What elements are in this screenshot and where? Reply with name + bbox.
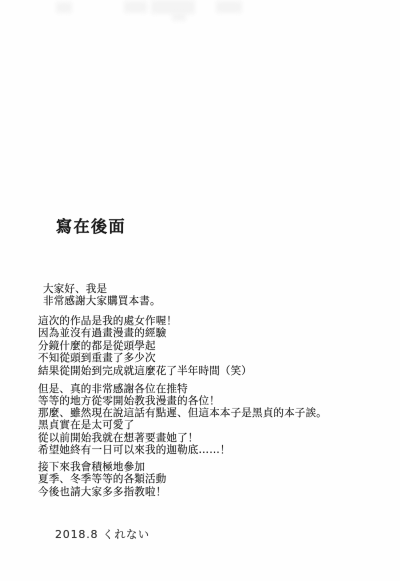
afterword-line: 接下來我會積極地參加 [38, 461, 166, 473]
scan-artifact [216, 1, 242, 13]
afterword-line: 非常感謝大家購買本書。 [43, 295, 161, 307]
scan-artifact [124, 1, 147, 13]
scan-artifact [56, 2, 72, 13]
afterword-paragraph-thanks: 但是、真的非常感謝各位在推特 等等的地方從零開始教我漫畫的各位！ [38, 383, 220, 408]
afterword-line: 黑貞實在是太可愛了 [38, 419, 327, 431]
afterword-line: 分鏡什麼的都是從頭學起 [38, 340, 252, 352]
afterword-page: { "page": { "background_color": "#fefefe… [0, 0, 400, 581]
afterword-line: 結果從開始到完成就這麼花了半年時間（笑） [38, 365, 252, 377]
afterword-paragraph-character: 那麼、雖然現在說這話有點遲、但這本本子是黑貞的本子誒。 黑貞實在是太可愛了 從以… [38, 407, 327, 457]
afterword-line: 不知從頭到重畫了多少次 [38, 352, 252, 364]
afterword-line: 但是、真的非常感謝各位在推特 [38, 383, 220, 395]
afterword-paragraph-greeting: 大家好、我是 非常感謝大家購買本書。 [43, 283, 161, 308]
afterword-line: 因為並沒有過畫漫畫的經驗 [38, 327, 252, 339]
afterword-line: 等等的地方從零開始教我漫畫的各位！ [38, 395, 220, 407]
afterword-line: 大家好、我是 [43, 283, 161, 295]
afterword-paragraph-debut-work: 這次的作品是我的處女作喔！ 因為並沒有過畫漫畫的經驗 分鏡什麼的都是從頭學起 不… [38, 315, 252, 377]
afterword-line: 今後也請大家多多指教啦！ [38, 486, 166, 498]
scan-artifact [172, 12, 186, 21]
signature-date: 2018.8 くれない [55, 526, 150, 542]
afterword-title: 寫在後面 [56, 214, 126, 237]
afterword-paragraph-future: 接下來我會積極地參加 夏季、冬季等等的各類活動 今後也請大家多多指教啦！ [38, 461, 166, 498]
afterword-line: 這次的作品是我的處女作喔！ [38, 315, 252, 327]
afterword-line: 希望她終有一日可以來我的迦勒底……！ [38, 444, 327, 456]
afterword-line: 那麼、雖然現在說這話有點遲、但這本本子是黑貞的本子誒。 [38, 407, 327, 419]
afterword-line: 從以前開始我就在想著要畫她了！ [38, 432, 327, 444]
afterword-line: 夏季、冬季等等的各類活動 [38, 473, 166, 485]
